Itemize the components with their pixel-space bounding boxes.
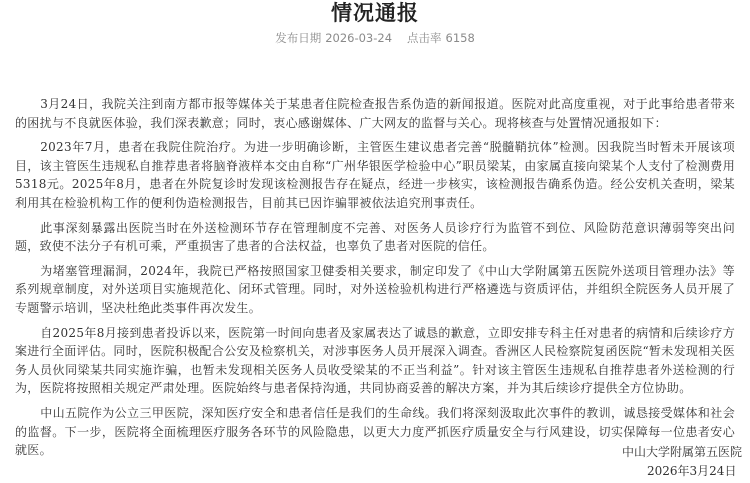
article-meta: 发布日期2026-03-24 点击率6158 xyxy=(0,30,750,46)
paragraph-measures: 为堵塞管理漏洞，2024年，我院已严格按照国家卫健委相关要求，制定印发了《中山大… xyxy=(15,262,735,318)
article-body: 3月24日，我院关注到南方都市报等媒体关于某患者住院检查报告系伪造的新闻报道。医… xyxy=(15,95,735,466)
paragraph-handling: 自2025年8月接到患者投诉以来，医院第一时间向患者及家属表达了诚恳的歉意，立即… xyxy=(15,324,735,398)
page-title: 情况通报 xyxy=(0,0,750,26)
paragraph-problems: 此事深刻暴露出医院当时在外送检测环节存在管理制度不完善、对医务人员诊疗行为监管不… xyxy=(15,219,735,256)
paragraph-intro: 3月24日，我院关注到南方都市报等媒体关于某患者住院检查报告系伪造的新闻报道。医… xyxy=(15,95,735,132)
click-count: 6158 xyxy=(446,31,475,45)
publish-date: 2026-03-24 xyxy=(325,31,392,45)
click-count-label: 点击率 xyxy=(407,31,442,45)
publish-date-label: 发布日期 xyxy=(275,31,321,45)
signature-date: 2026年3月24日 xyxy=(647,462,736,480)
signature-organization: 中山大学附属第五医院 xyxy=(622,443,742,461)
paragraph-incident: 2023年7月，患者在我院住院治疗。为进一步明确诊断，主管医生建议患者完善“脱髓… xyxy=(15,138,735,212)
